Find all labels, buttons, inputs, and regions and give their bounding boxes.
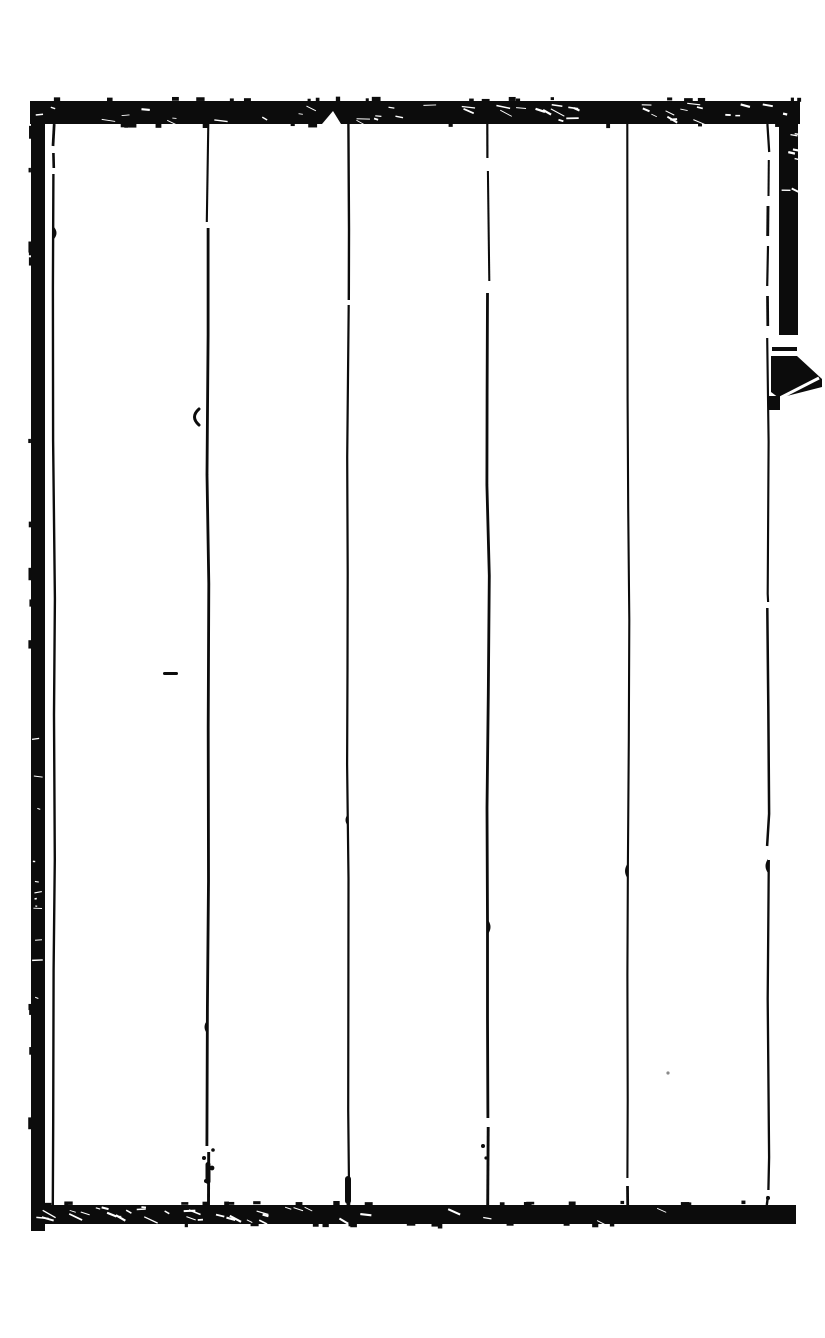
scan-noise-texture bbox=[32, 103, 808, 1227]
ink-marks bbox=[54, 227, 770, 1204]
column-rules bbox=[53, 124, 769, 1205]
border-frame bbox=[28, 97, 822, 1231]
scanned-book-page bbox=[0, 0, 825, 1338]
page-scan-rendering bbox=[0, 0, 825, 1338]
